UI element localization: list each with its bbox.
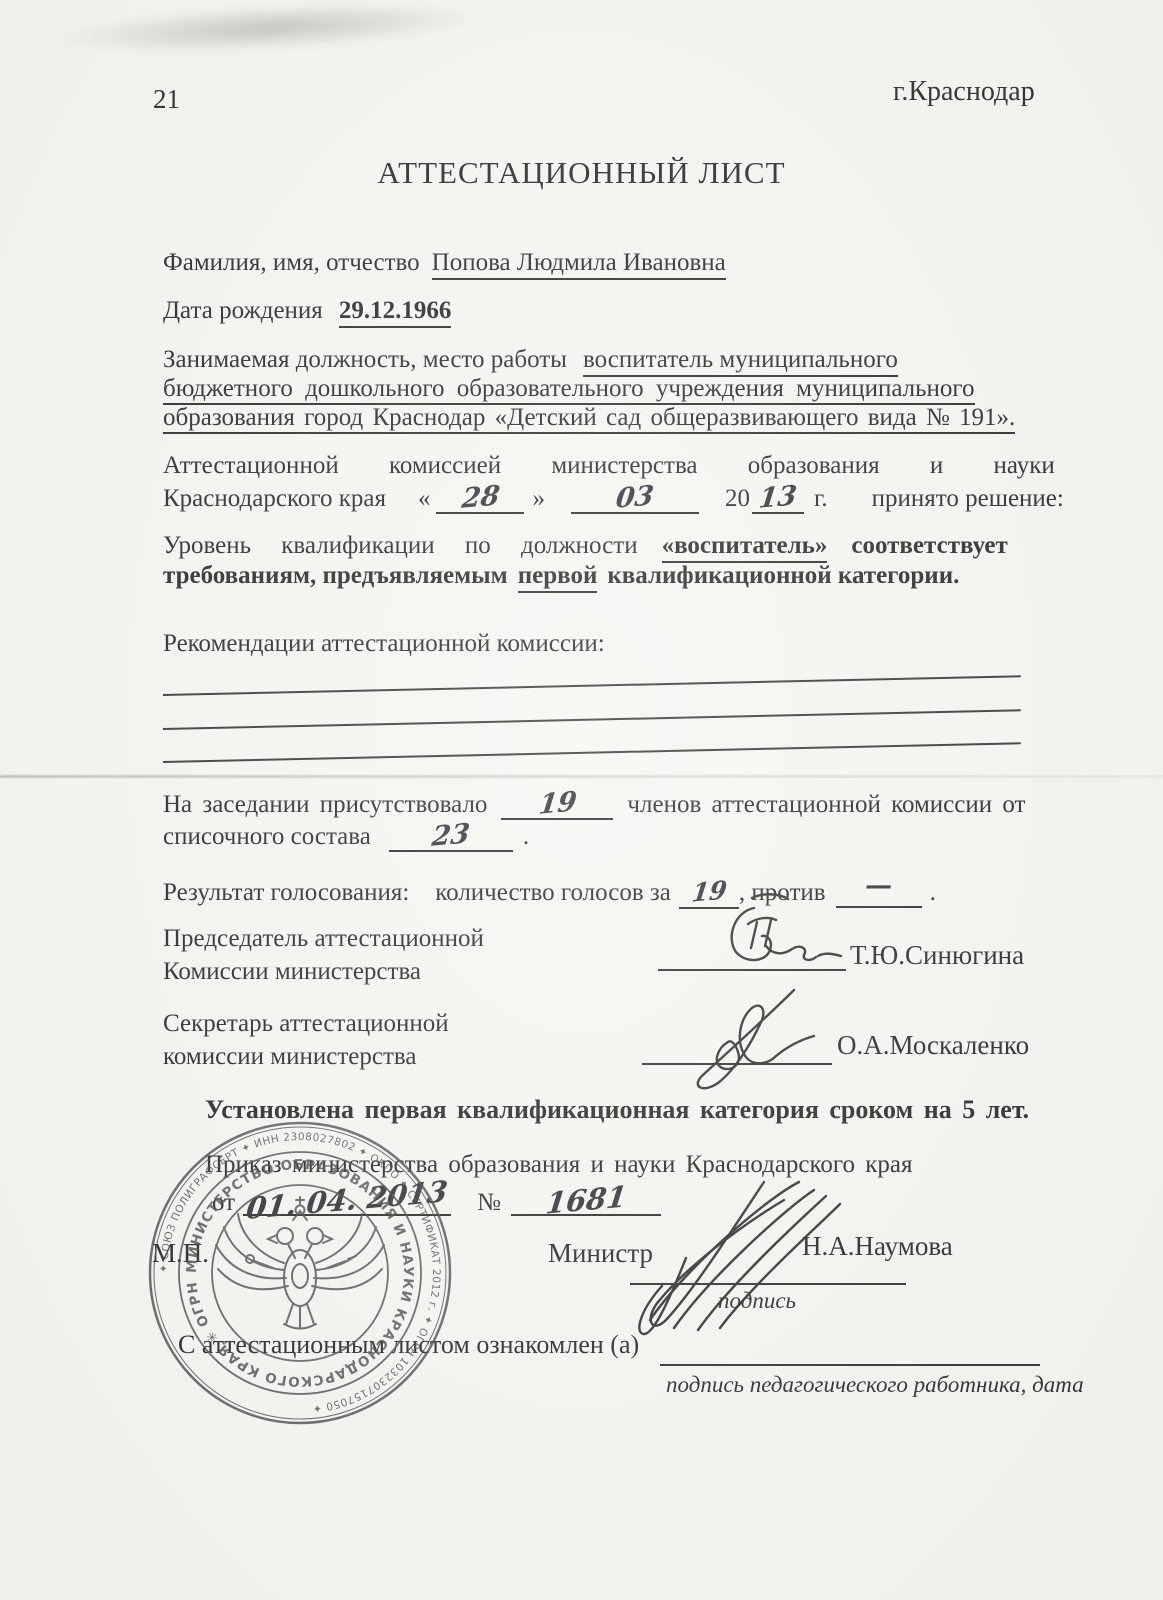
attendance-period: . <box>523 823 529 851</box>
chairman-signature-line <box>658 969 846 971</box>
name-label: Фамилия, имя, отчество <box>163 249 420 277</box>
vote-against-value: — <box>865 872 892 899</box>
paper-crease <box>0 775 1163 778</box>
position-field-line1: Занимаемая должность, место работы воспи… <box>163 346 898 377</box>
level-post: «воспитатель» <box>662 532 828 563</box>
recommendation-line-3 <box>163 742 1021 763</box>
name-value: Попова Людмила Ивановна <box>432 249 726 280</box>
decision-month-value: 03 <box>615 482 656 513</box>
attendance-total-value: 23 <box>430 820 471 851</box>
chairman-title-line2: Комиссии министерства <box>163 958 421 986</box>
birth-value: 29.12.1966 <box>339 297 452 328</box>
level-line2-a: требованиям, предъявляемым <box>163 562 508 590</box>
position-label: Занимаемая должность, место работы <box>163 346 567 374</box>
position-value-line1: воспитатель муниципального <box>583 346 898 377</box>
attendance-line2-lead: списочного состава <box>163 823 371 851</box>
name-field: Фамилия, имя, отчество Попова Людмила Ив… <box>163 249 726 280</box>
attendance-lead: На заседании присутствовало <box>163 791 487 819</box>
chairman-title-line1: Председатель аттестационной <box>163 925 484 953</box>
decision-year-value: 13 <box>758 482 799 513</box>
attendance-line2: списочного состава 23 . <box>163 822 529 852</box>
vote-lead: количество голосов за <box>435 879 671 907</box>
minister-name: Н.А.Наумова <box>802 1231 953 1262</box>
decision-century: 20 <box>725 485 750 513</box>
secretary-signature <box>672 982 842 1094</box>
level-line1: Уровень квалификации по должности «воспи… <box>163 532 1008 563</box>
commission-line1: Аттестационной комиссией министерства об… <box>163 452 1055 480</box>
secretary-title-line2: комиссии министерства <box>163 1043 416 1071</box>
attendance-total-blank: 23 <box>389 822 513 852</box>
level-line2-underlined: первой <box>518 562 598 593</box>
minister-signature-caption: подпись <box>718 1288 796 1314</box>
acknowledgement-line <box>660 1364 1040 1366</box>
attendance-present-blank: 19 <box>501 790 613 820</box>
official-stamp: ✦ СОЮЗ ПОЛИГРАФСЕРТ ✦ ИНН 2308027802 ✦ О… <box>145 1118 455 1428</box>
decision-month-blank: 03 <box>571 484 699 514</box>
document-title: АТТЕСТАЦИОННЫЙ ЛИСТ <box>0 155 1163 191</box>
double-headed-eagle-icon <box>216 1197 384 1329</box>
birth-field: Дата рождения 29.12.1966 <box>163 297 451 328</box>
position-field-line3: образования город Краснодар «Детский сад… <box>163 404 1015 432</box>
decision-day-blank: 28 <box>436 484 524 514</box>
acknowledgement-caption: подпись педагогического работника, дата <box>666 1372 1084 1398</box>
attendance-line1: На заседании присутствовало 19 членов ат… <box>163 790 1025 820</box>
recommendations-label: Рекомендации аттестационной комиссии: <box>163 630 605 658</box>
position-value-line3: образования город Краснодар «Детский сад… <box>163 404 1015 434</box>
position-value-line2: бюджетного дошкольного образовательного … <box>163 375 975 405</box>
scan-smudge <box>54 0 486 62</box>
vote-period: . <box>930 879 936 907</box>
decision-year-suffix: г. <box>814 485 828 513</box>
recommendation-line-2 <box>163 709 1021 730</box>
document-city: г.Краснодар <box>893 76 1035 108</box>
secretary-signature-line <box>642 1063 832 1065</box>
quote-open: « <box>418 485 431 513</box>
svg-text:✦ СОЮЗ ПОЛИГРАФСЕРТ ✦ ИНН 2308: ✦ СОЮЗ ПОЛИГРАФСЕРТ ✦ ИНН 2308027802 ✦ О… <box>158 1131 442 1414</box>
chairman-signature <box>720 892 862 974</box>
decision-text: принято решение: <box>872 485 1064 513</box>
recommendation-line-1 <box>163 675 1021 696</box>
minister-signature-line <box>630 1283 906 1285</box>
commission-line2: Краснодарского края « 28 » 03 20 13 г. п… <box>163 484 1064 514</box>
birth-label: Дата рождения <box>163 297 323 325</box>
decision-day-value: 28 <box>460 482 501 513</box>
chairman-name: Т.Ю.Синюгина <box>850 940 1024 971</box>
page-number: 21 <box>153 84 180 115</box>
level-lead: Уровень квалификации по должности <box>163 532 638 560</box>
level-match: соответствует <box>851 532 1007 560</box>
attendance-tail: членов аттестационной комиссии от <box>627 791 1025 819</box>
level-line2-b: квалификационной категории. <box>607 562 959 590</box>
decision-year-blank: 13 <box>752 484 804 514</box>
secretary-name: О.А.Москаленко <box>837 1030 1029 1061</box>
order-number-sign: № <box>477 1189 501 1217</box>
vote-label: Результат голосования: <box>163 879 409 907</box>
secretary-title-line1: Секретарь аттестационной <box>163 1010 449 1038</box>
level-line2: требованиям, предъявляемым первой квалиф… <box>163 562 959 593</box>
stamp-outer-ring-text: ✦ СОЮЗ ПОЛИГРАФСЕРТ ✦ ИНН 2308027802 ✦ О… <box>158 1131 442 1414</box>
position-field-line2: бюджетного дошкольного образовательного … <box>163 375 975 403</box>
quote-close: » <box>532 485 545 513</box>
commission-region: Краснодарского края <box>163 485 386 513</box>
attendance-present-value: 19 <box>537 788 578 819</box>
